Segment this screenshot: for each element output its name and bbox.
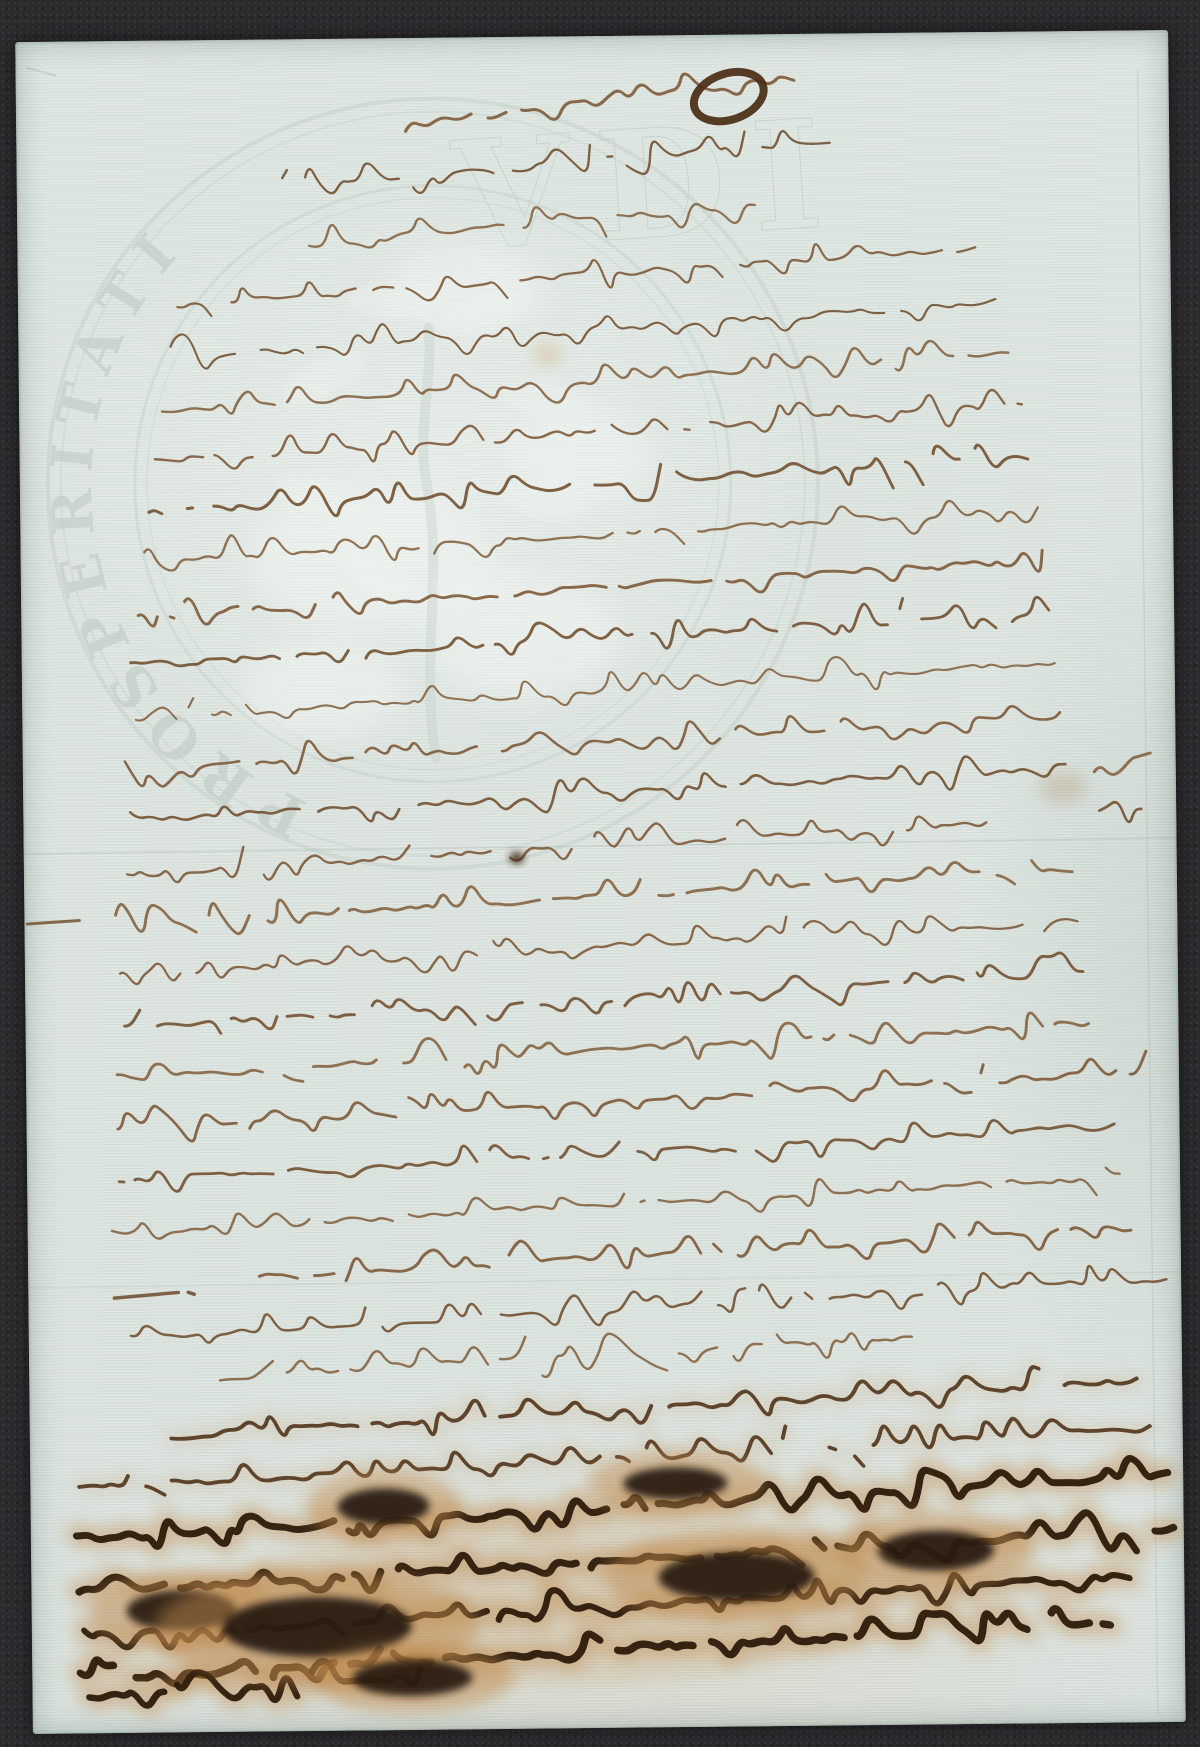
- watermark: PROSPERITATI VDI: [34, 85, 860, 873]
- manuscript-page: PROSPERITATI VDI: [15, 30, 1186, 1734]
- scan-backdrop: PROSPERITATI VDI: [0, 0, 1200, 1747]
- page-art: PROSPERITATI VDI: [15, 30, 1186, 1734]
- handwriting-bleedthrough-layer: [52, 59, 1183, 1716]
